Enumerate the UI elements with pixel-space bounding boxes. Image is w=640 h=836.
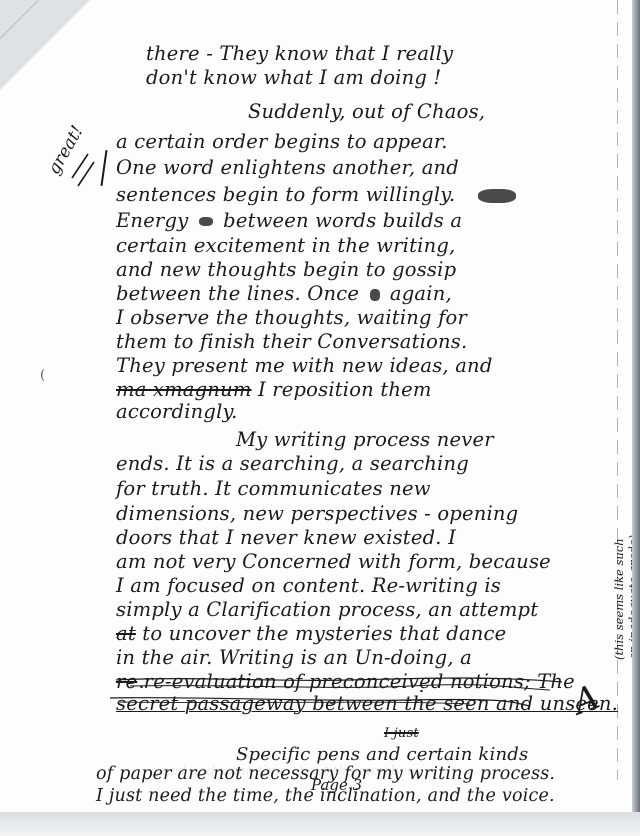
ink-speck xyxy=(420,690,423,692)
text-line: ends. It is a searching, a searching xyxy=(116,452,469,475)
ink-speck xyxy=(330,702,333,704)
text-line: there - They know that I really xyxy=(146,42,453,65)
text-segment: between words builds a xyxy=(223,209,462,232)
text-segment: again, xyxy=(390,282,452,305)
ink-speck xyxy=(190,700,193,702)
text-line: for truth. It communicates new xyxy=(116,477,431,500)
text-line: ma xmagnum I reposition them xyxy=(116,378,432,401)
scribble-mark xyxy=(370,289,380,301)
ink-speck xyxy=(140,686,143,688)
text-line: sentences begin to form willingly. xyxy=(116,183,516,206)
scan-bottom-edge xyxy=(0,812,640,836)
text-line: They present me with new ideas, and xyxy=(116,354,493,377)
grade-mark: A xyxy=(568,677,605,723)
page-number: Page 3 xyxy=(311,776,362,794)
text-segment: I reposition them xyxy=(258,378,432,401)
text-line: am not very Concerned with form, because xyxy=(116,550,551,573)
note-line: (this seems like such xyxy=(612,535,626,660)
text-line: I observe the thoughts, waiting for xyxy=(116,306,467,329)
scribble-mark xyxy=(199,217,213,226)
text-line: One word enlightens another, and xyxy=(116,156,459,179)
text-line: and new thoughts begin to gossip xyxy=(116,258,456,281)
struck-text: I just xyxy=(384,726,419,741)
text-line: accordingly. xyxy=(116,400,238,423)
scribble-mark xyxy=(478,189,516,203)
text-line: Suddenly, out of Chaos, xyxy=(248,100,485,123)
text-line: dimensions, new perspectives - opening xyxy=(116,502,518,525)
text-line: certain excitement in the writing, xyxy=(116,234,455,257)
emphasis-slashes-icon xyxy=(70,150,96,190)
text-line: in the air. Writing is an Un-doing, a xyxy=(116,646,472,669)
scan-edge-shadow xyxy=(632,0,640,836)
scanned-page: a nod and some time about the members gr… xyxy=(0,0,632,812)
text-line: I am focused on content. Re-writing is xyxy=(116,574,501,597)
struck-text: at xyxy=(116,622,136,645)
margin-emphasis-bar xyxy=(101,150,108,186)
struck-text: ma xmagnum xyxy=(116,378,252,401)
text-line: Energy between words builds a xyxy=(116,209,462,232)
text-segment: Energy xyxy=(116,209,188,232)
text-line: simply a Clarification process, an attem… xyxy=(116,598,538,621)
text-line: a certain order begins to appear. xyxy=(116,130,448,153)
text-segment: sentences begin to form willingly. xyxy=(116,183,455,206)
crossed-out-lines xyxy=(110,672,570,712)
stray-mark: ( xyxy=(40,368,45,383)
ink-speck xyxy=(260,684,263,686)
text-line: Specific pens and certain kinds xyxy=(236,744,528,765)
text-line: doors that I never knew existed. I xyxy=(116,526,456,549)
text-line: I just xyxy=(384,726,419,741)
text-segment: between the lines. Once xyxy=(116,282,359,305)
text-line: at to uncover the mysteries that dance xyxy=(116,622,506,645)
text-segment: to uncover the mysteries that dance xyxy=(142,622,506,645)
text-line: between the lines. Once again, xyxy=(116,282,452,305)
text-line: don't know what I am doing ! xyxy=(146,66,441,89)
text-line: them to finish their Conversations. xyxy=(116,330,467,353)
folded-corner xyxy=(0,0,90,90)
scanner-edge-line xyxy=(617,0,618,780)
text-line: My writing process never xyxy=(236,428,494,451)
